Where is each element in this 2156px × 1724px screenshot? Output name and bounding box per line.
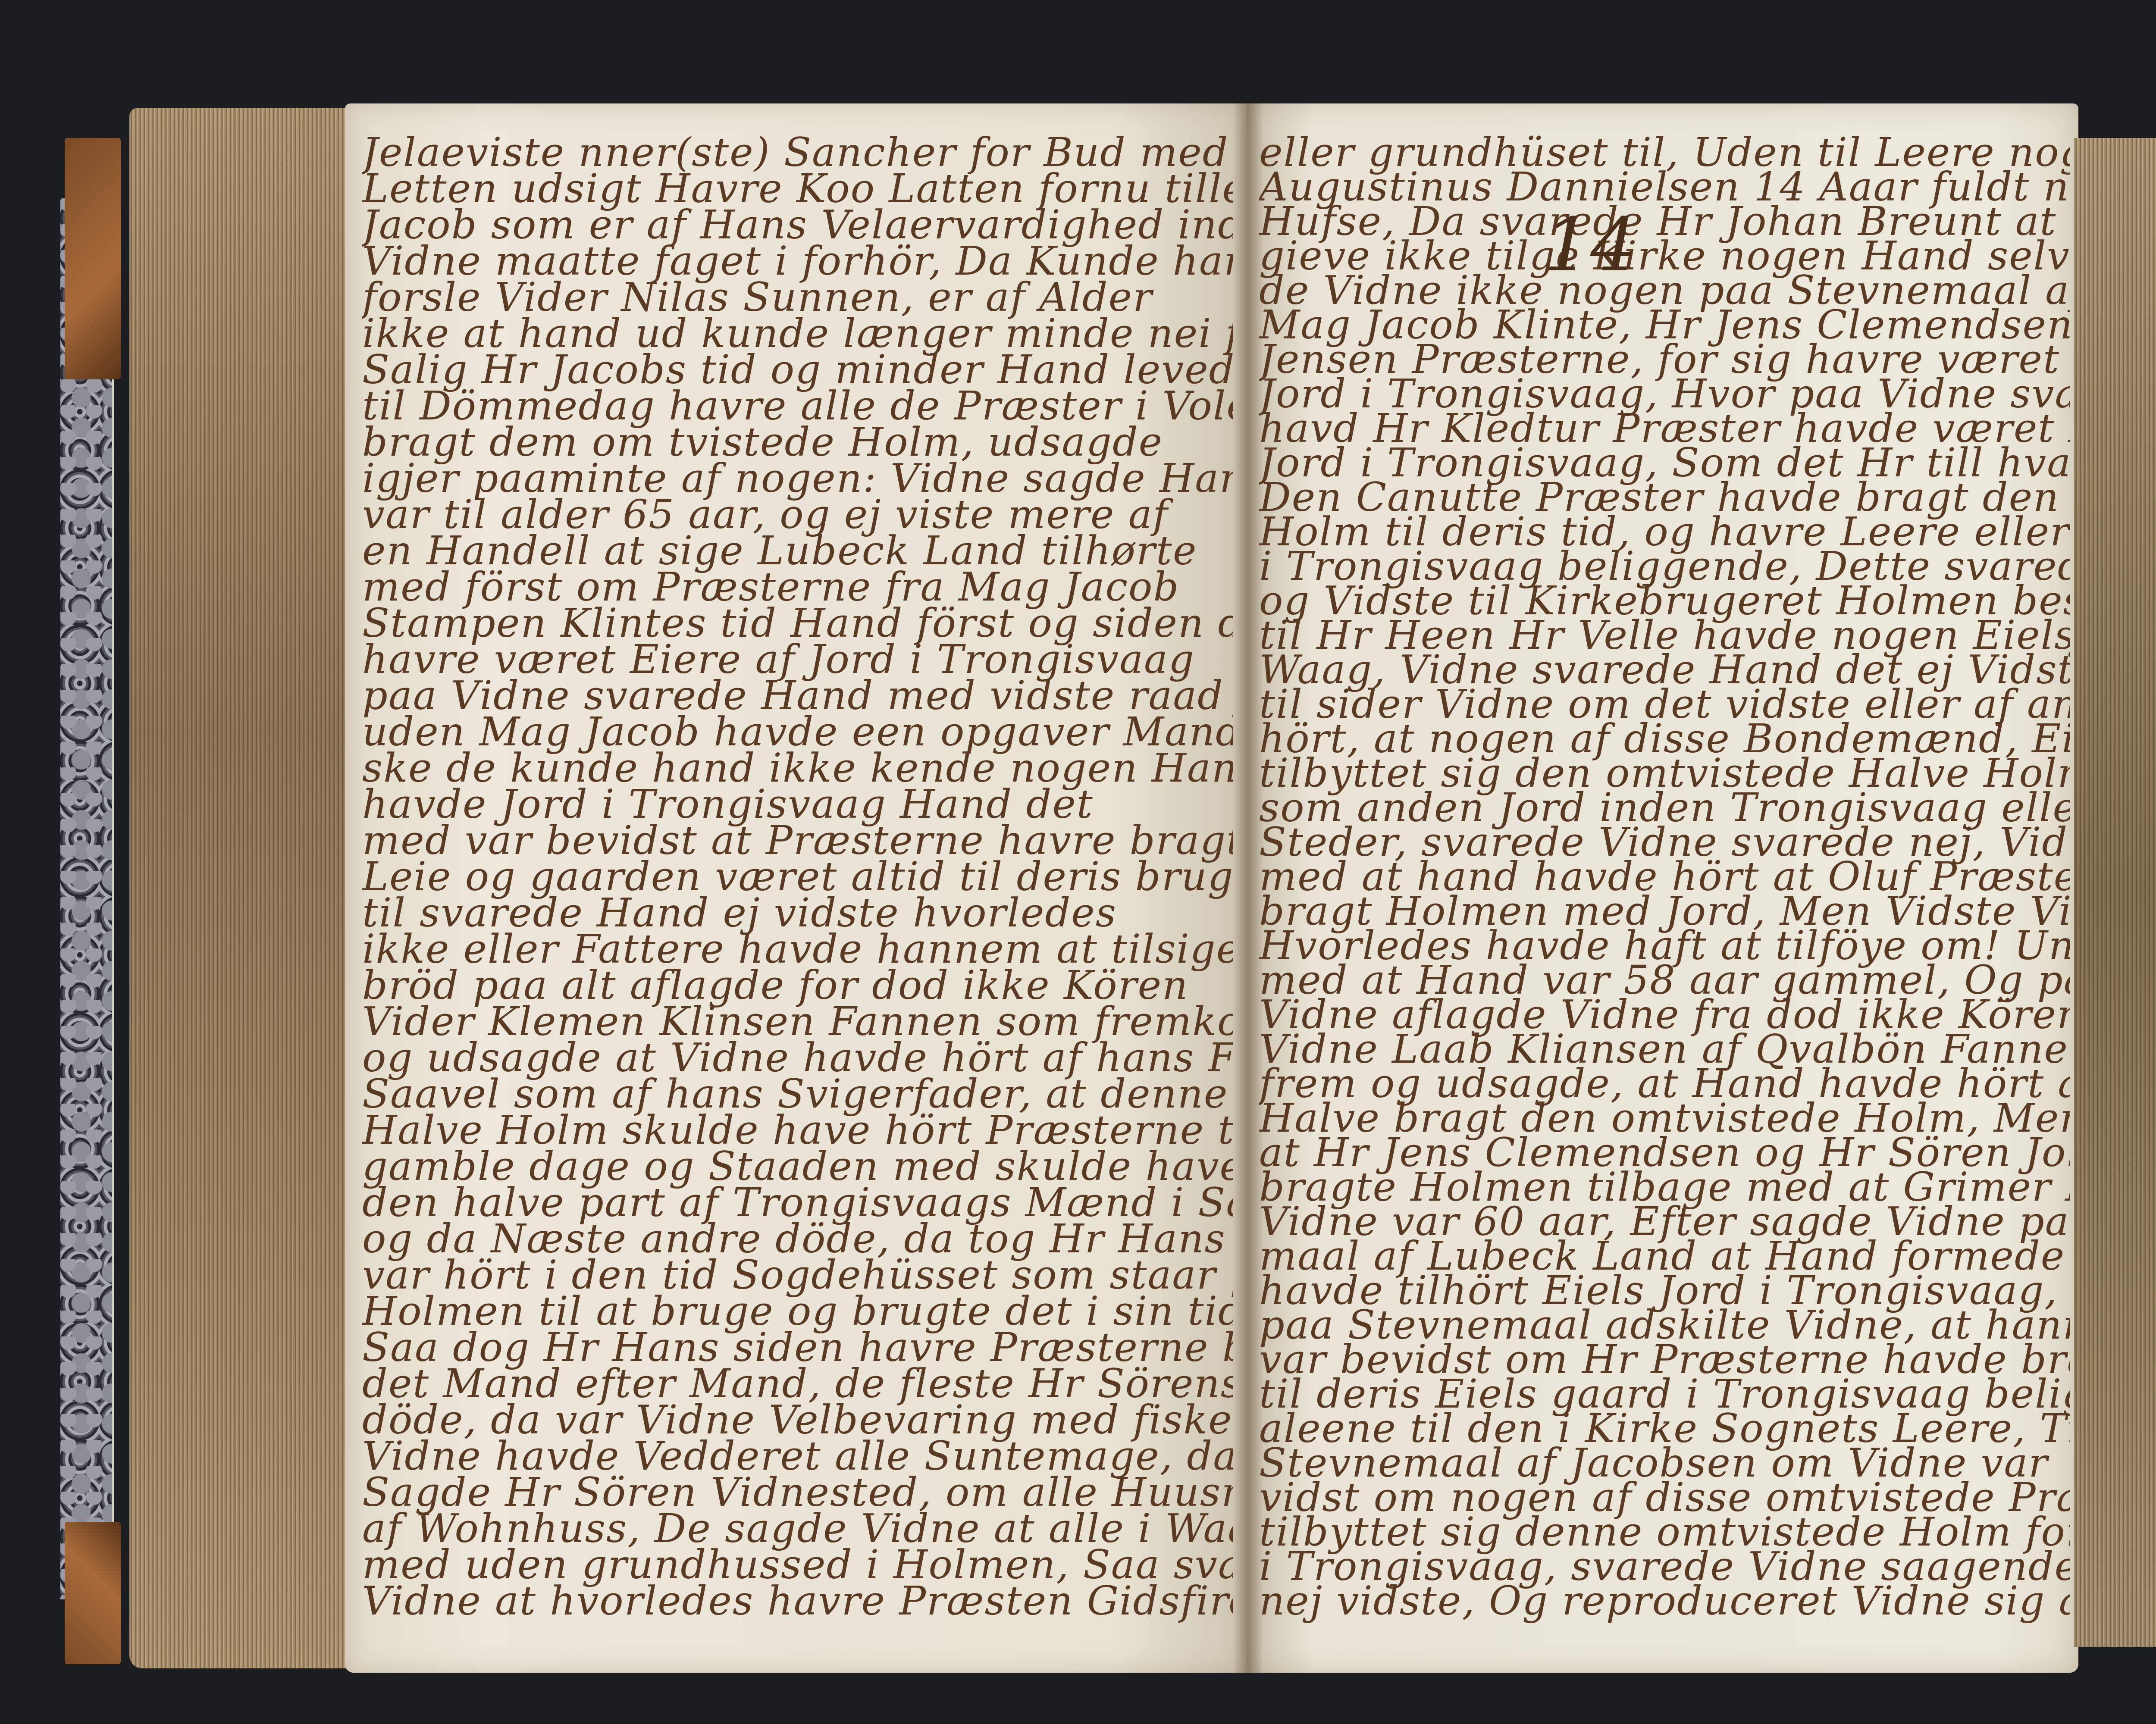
manuscript-line: Vidne at hvorledes havre Præsten Gidsfir… bbox=[362, 1578, 1233, 1624]
manuscript-line: nej vidste, Og reproduceret Vidne sig at… bbox=[1259, 1578, 2070, 1624]
right-page: eller grundhüset til, Uden til Leere nog… bbox=[1246, 103, 2078, 1673]
left-page: Jelaeviste nner(ste) Sancher for Bud med… bbox=[345, 103, 1246, 1673]
leather-corner-bottom bbox=[65, 1522, 121, 1664]
left-page-text: Jelaeviste nner(ste) Sancher for Bud med… bbox=[345, 103, 1246, 1673]
page-number: 14 bbox=[1544, 203, 1637, 288]
leather-corner-top bbox=[65, 138, 121, 379]
right-page-text: eller grundhüset til, Uden til Leere nog… bbox=[1246, 103, 2078, 1673]
page-block-left bbox=[129, 108, 354, 1668]
book-gutter bbox=[1233, 103, 1263, 1673]
marbled-binding bbox=[60, 198, 114, 1599]
open-book: Jelaeviste nner(ste) Sancher for Bud med… bbox=[0, 0, 2156, 1724]
page-block-right bbox=[2074, 138, 2156, 1647]
